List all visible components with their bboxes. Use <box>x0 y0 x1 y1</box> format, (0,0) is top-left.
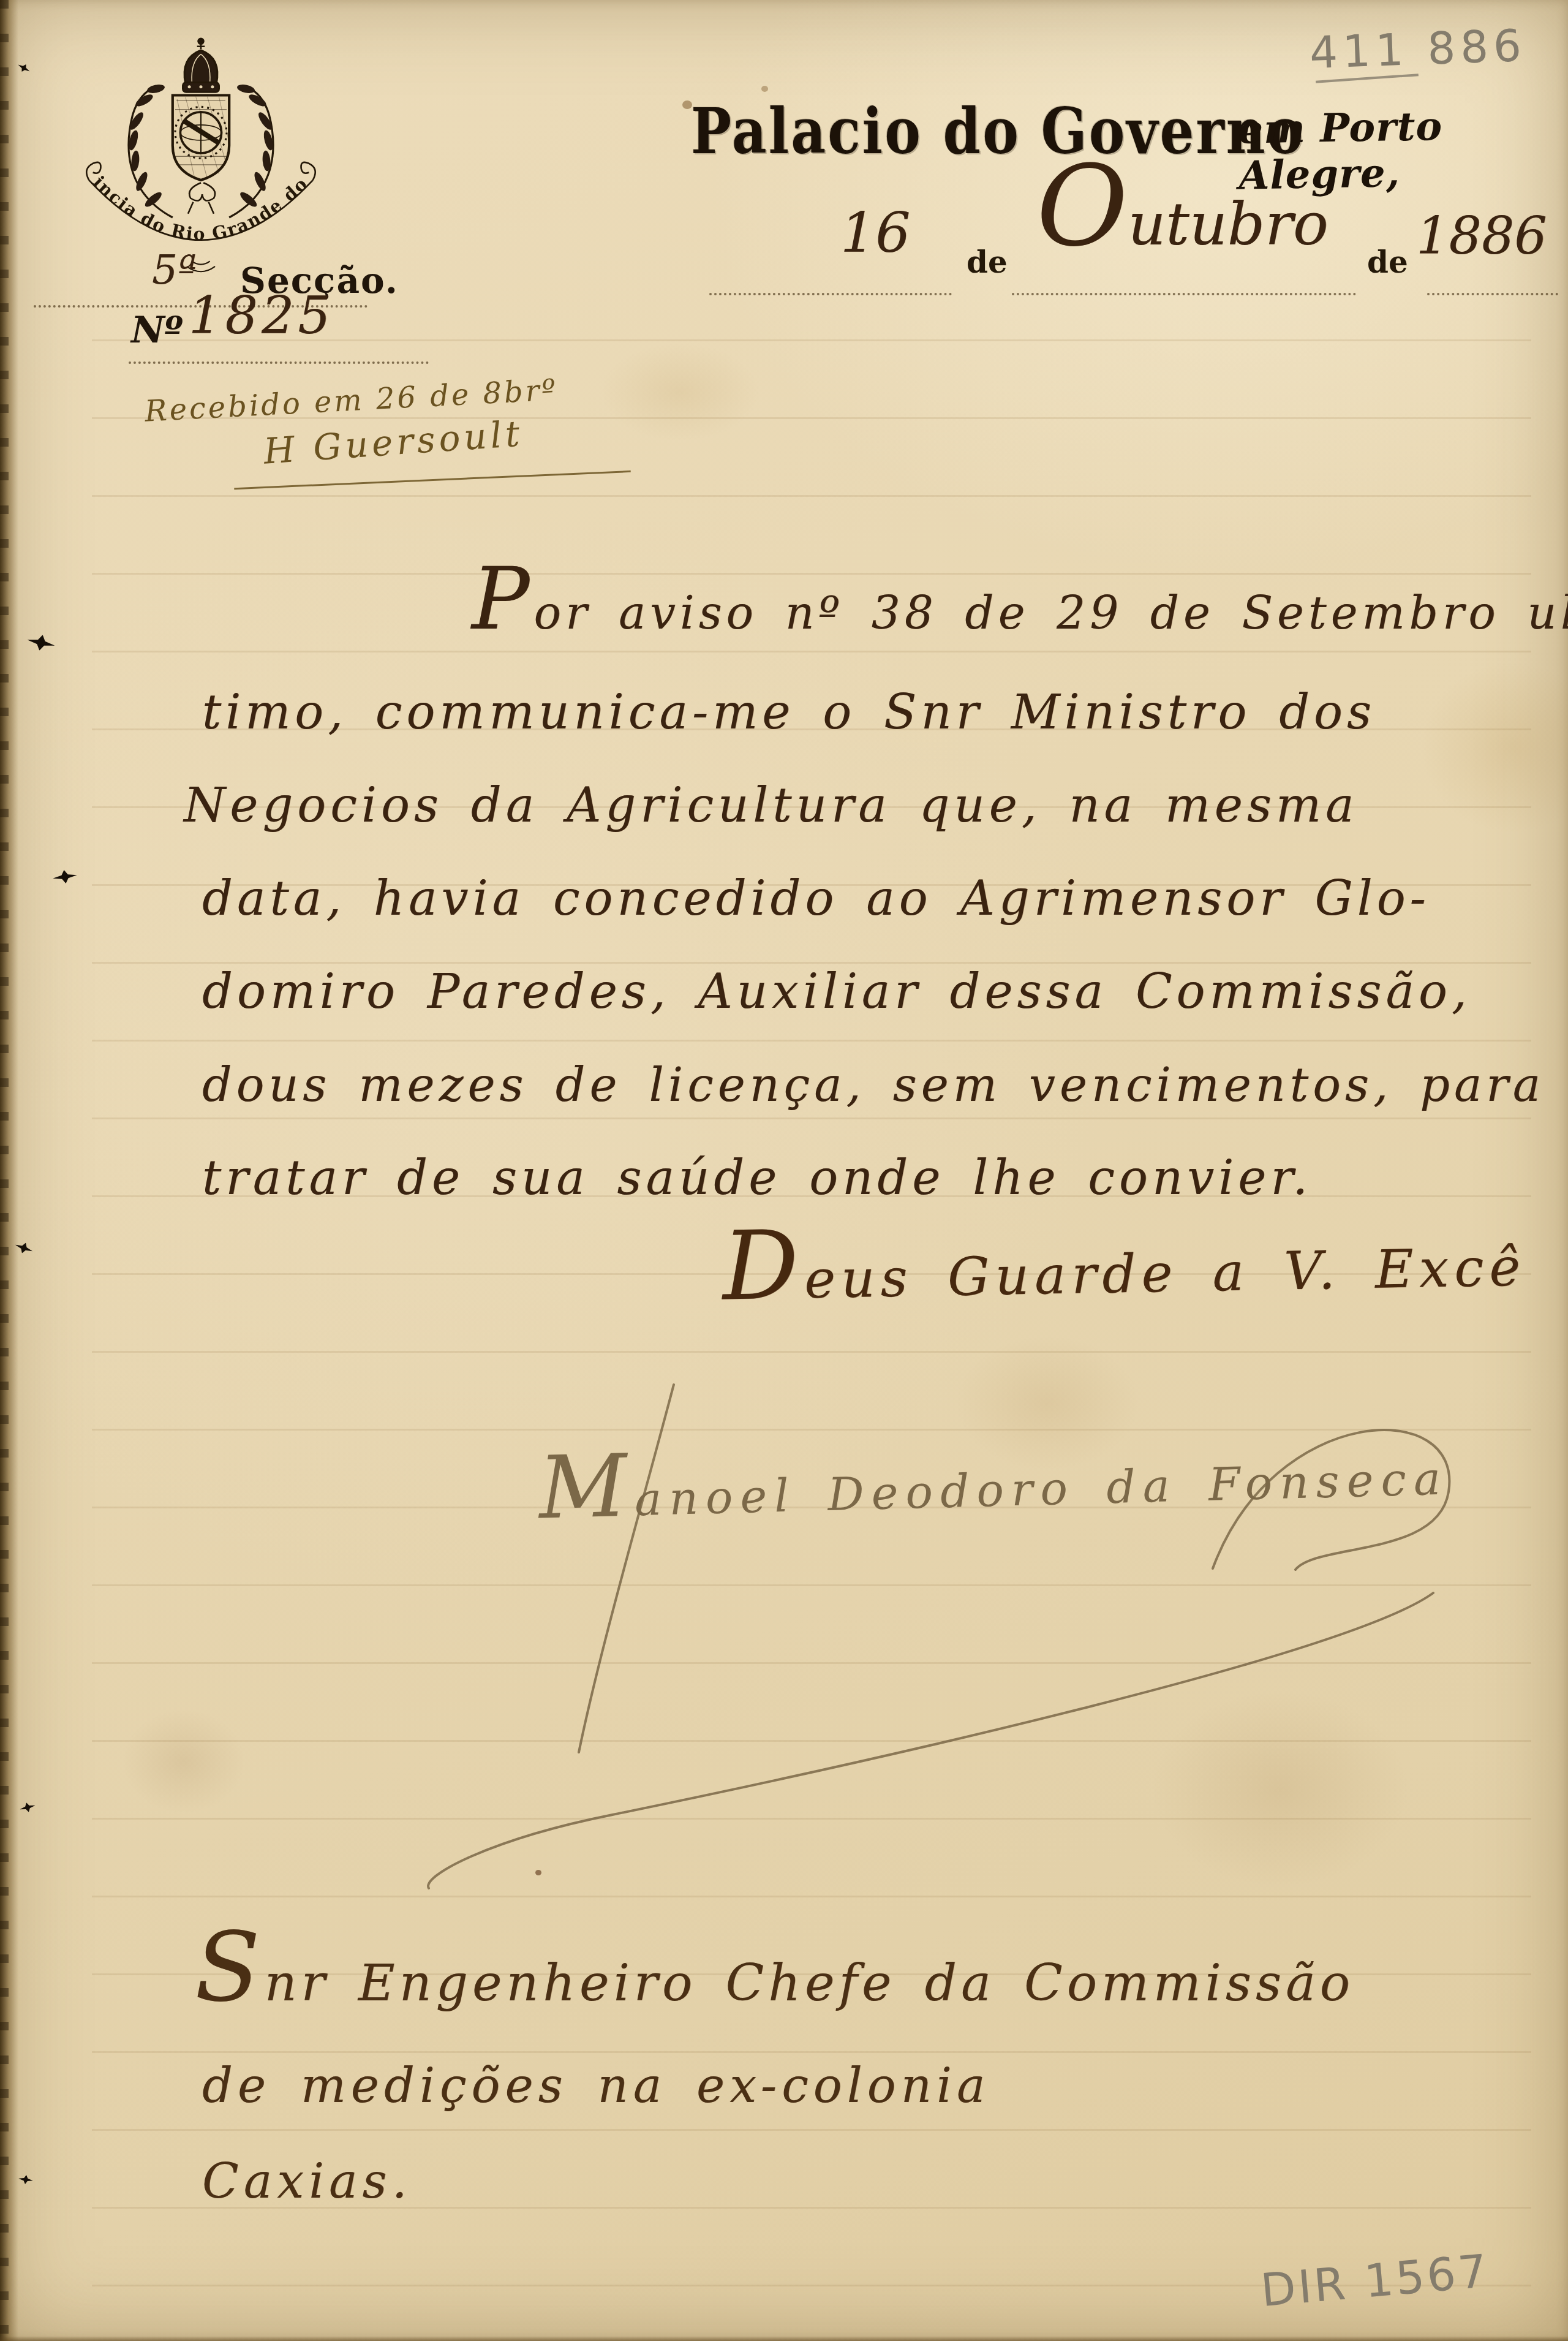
date-day: 16 <box>840 201 911 265</box>
addressee-line: de medições na ex-colonia <box>202 2059 990 2114</box>
ribbon-bow <box>189 183 215 200</box>
body-line: timo, communica-me o Snr Ministro dos <box>202 685 1376 740</box>
manuscript-letter-page: 411 886 <box>0 0 1568 2341</box>
binding-hole <box>18 2174 34 2185</box>
shield-icon <box>173 96 229 181</box>
binding-hole <box>26 632 56 654</box>
body-line: data, havia concedido ao Agrimensor Glo- <box>202 871 1430 926</box>
addressee-line: Caxias. <box>202 2154 412 2209</box>
number-value: 1825 <box>189 286 334 346</box>
body-line: domiro Paredes, Auxiliar dessa Commissão… <box>202 964 1471 1019</box>
received-rubric-signature: H Guersoult <box>262 412 524 472</box>
provincial-coat-of-arms: Provincia do Rio Grande do Sul. <box>72 25 330 282</box>
imperial-crown-icon <box>183 39 219 92</box>
bottom-edge-shadow <box>0 2336 1568 2341</box>
letterhead-palace-title: Palacio do Governo <box>691 93 1305 168</box>
pencil-annotation-bottom: DIR 1567 <box>1259 2245 1491 2317</box>
date-de-printed-2: de <box>1367 244 1408 280</box>
body-line: dous mezes de licença, sem vencimentos, … <box>202 1057 1545 1112</box>
foxing-spot <box>761 86 768 92</box>
date-de-printed-1: de <box>967 244 1008 280</box>
date-dotted-rule <box>1427 293 1558 295</box>
date-month: Outubro <box>1036 190 1329 259</box>
binding-edge <box>0 0 18 2341</box>
pencil-annotation-top: 411 886 <box>1309 20 1527 78</box>
body-line: Por aviso nº 38 de 29 de Setembro ul- <box>472 587 1568 640</box>
paper-stain <box>1421 662 1568 833</box>
paper-stain <box>600 343 759 441</box>
date-dotted-rule <box>1012 293 1356 295</box>
date-year: 1886 <box>1416 206 1547 266</box>
number-dotted-rule <box>129 361 429 364</box>
date-dotted-rule <box>709 293 952 295</box>
binding-hole <box>18 1801 36 1814</box>
addressee-line: Snr Engenheiro Chefe da Commissão <box>195 1954 1354 2013</box>
body-line: Negocios da Agricultura que, na mesma <box>184 778 1359 833</box>
signature-flourish <box>367 1379 1501 1899</box>
binding-hole <box>52 868 78 885</box>
paper-stain <box>123 1709 245 1813</box>
rubric-underline <box>234 471 631 490</box>
number-label: Nº <box>131 309 183 352</box>
body-line: tratar de sua saúde onde lhe convier. <box>202 1151 1312 1206</box>
letterhead-place: em Porto Alegre, <box>1238 101 1568 199</box>
valediction: Deus Guarde a V. Excê <box>722 1237 1526 1312</box>
